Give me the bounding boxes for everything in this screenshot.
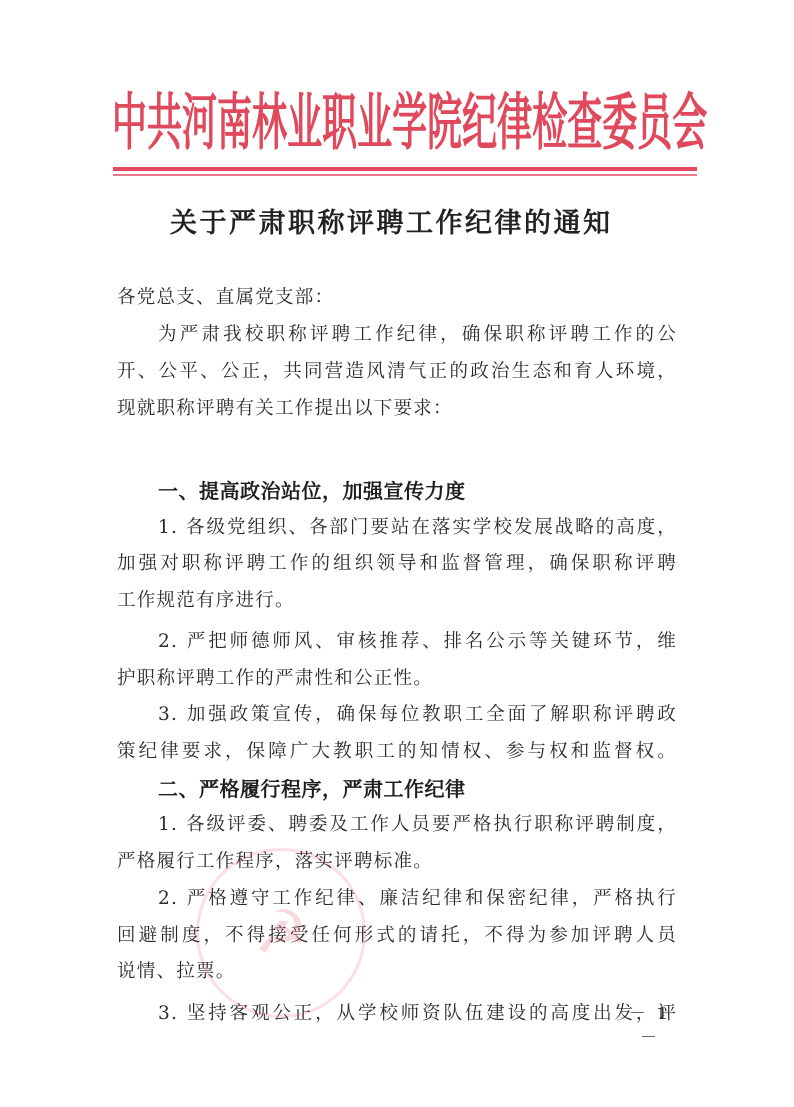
body-line: 加强对职称评聘工作的组织领导和监督管理，确保职称评聘 [117, 549, 677, 579]
section-heading: 一、提高政治站位，加强宣传力度 [158, 476, 718, 506]
body-line: 回避制度，不得接受任何形式的请托，不得为参加评聘人员 [117, 921, 677, 951]
body-line: 2. 严格遵守工作纪律、廉洁纪律和保密纪律，严格执行 [158, 884, 677, 914]
section-heading: 二、严格履行程序，严肃工作纪律 [158, 774, 718, 804]
body-line: 严格履行工作程序，落实评聘标准。 [117, 847, 677, 877]
body-line: 3. 加强政策宣传，确保每位教职工全面了解职称评聘政 [158, 700, 677, 730]
body-line: 为严肃我校职称评聘工作纪律，确保职称评聘工作的公 [158, 320, 677, 350]
document-page: 中共河南林业职业学院纪律检查委员会 关于严肃职称评聘工作纪律的通知 各党总支、直… [0, 0, 794, 1107]
page-number: － 1 － [620, 1002, 680, 1026]
body-line: 工作规范有序进行。 [117, 586, 677, 616]
body-line: 护职称评聘工作的严肃性和公正性。 [117, 664, 677, 694]
body-line: 1. 各级评委、聘委及工作人员要严格执行职称评聘制度， [158, 810, 677, 840]
body-line: 策纪律要求，保障广大教职工的知情权、参与权和监督权。 [117, 737, 677, 767]
salutation: 各党总支、直属党支部： [117, 283, 677, 313]
body-line: 说情、拉票。 [117, 957, 677, 987]
body-line: 开、公平、公正，共同营造风清气正的政治生态和育人环境， [117, 357, 677, 387]
document-title: 关于严肃职称评聘工作纪律的通知 [170, 206, 630, 242]
organization-header: 中共河南林业职业学院纪律检查委员会 [112, 88, 682, 160]
red-header-rule-thin [113, 174, 697, 176]
body-line: 3. 坚持客观公正，从学校师资队伍建设的高度出发，评 [158, 999, 677, 1029]
body-line: 现就职称评聘有关工作提出以下要求： [117, 394, 677, 424]
red-header-rule-thick [113, 167, 697, 171]
body-line: 1. 各级党组织、各部门要站在落实学校发展战略的高度， [158, 513, 677, 543]
body-line: 2. 严把师德师风、审核推荐、排名公示等关键环节，维 [158, 627, 677, 657]
